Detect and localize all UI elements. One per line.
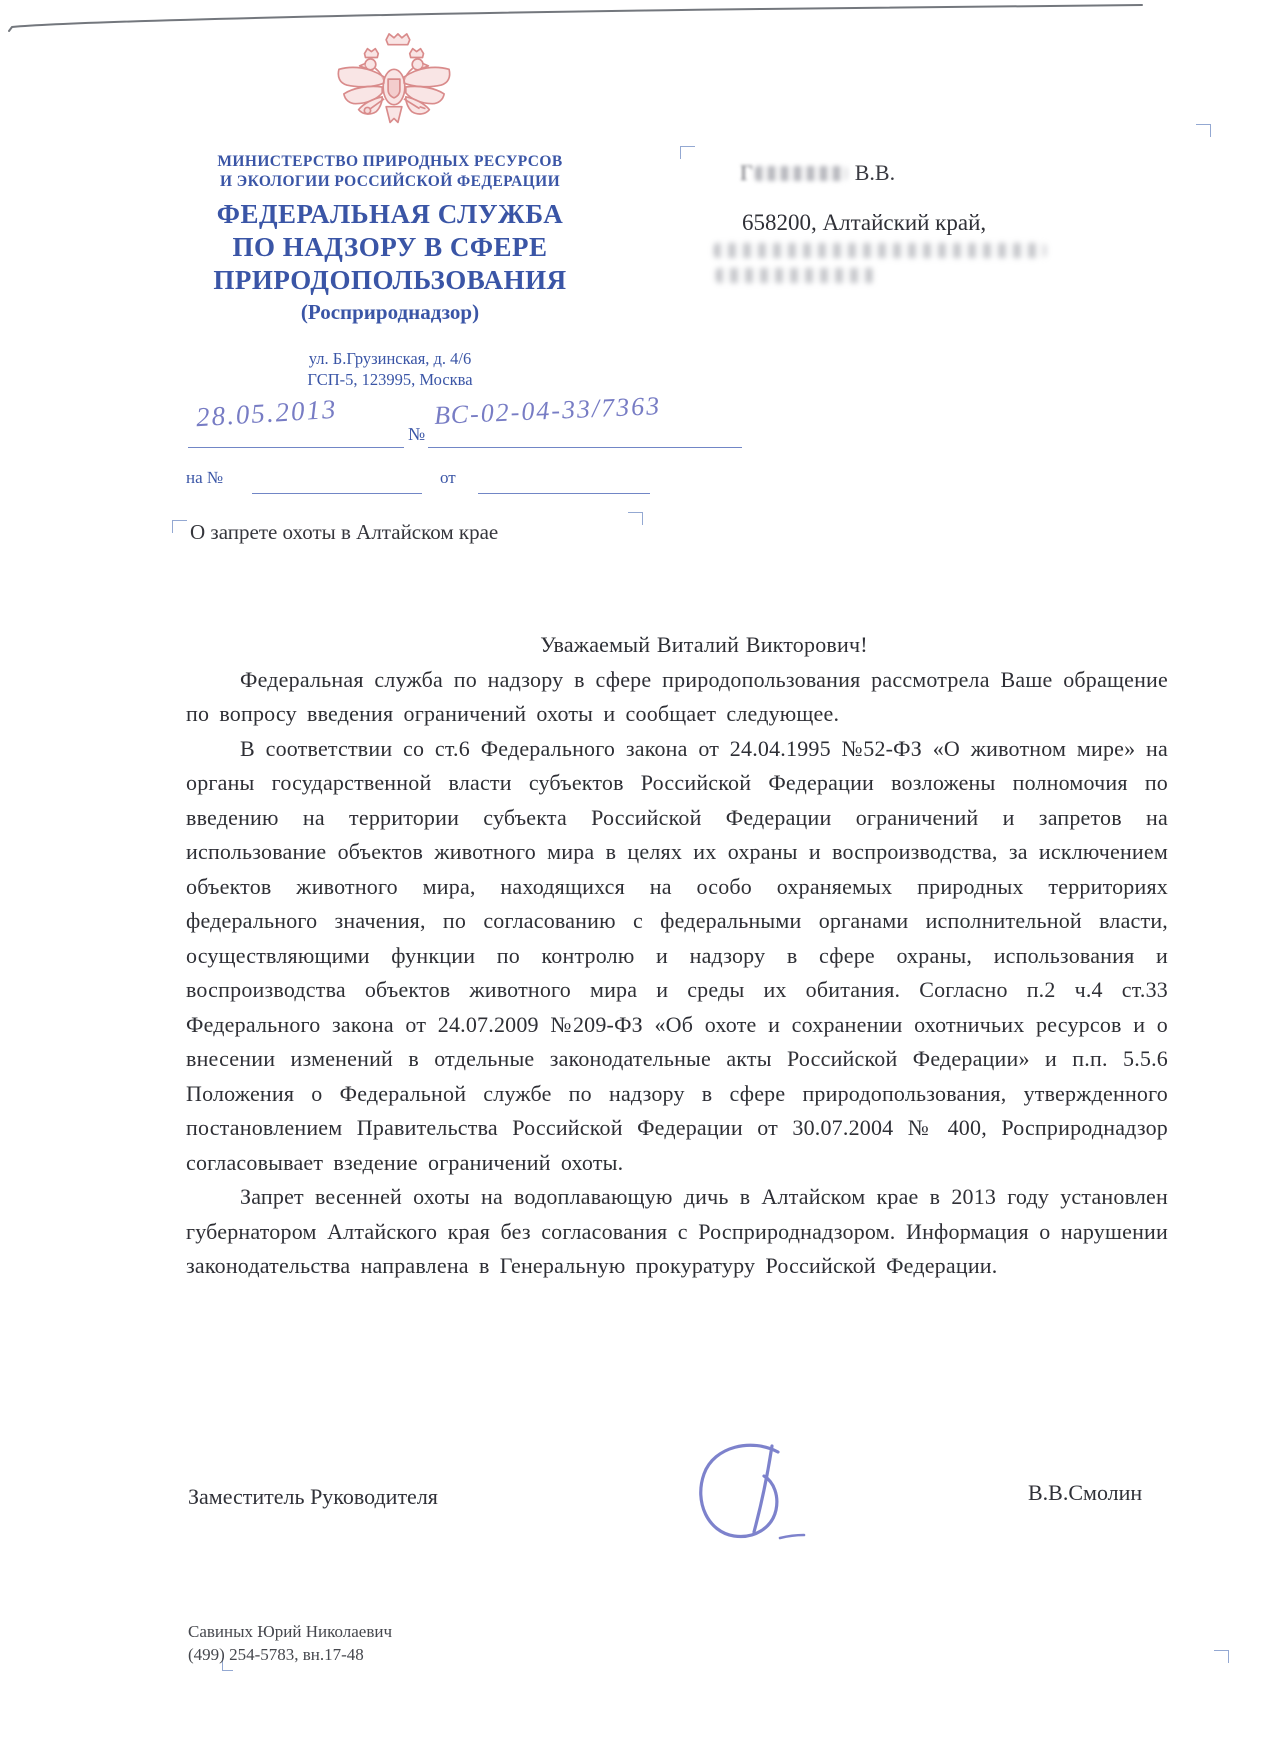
executor-block: Савиных Юрий Николаевич (499) 254-5783, … xyxy=(188,1620,392,1666)
redacted-address-smudge xyxy=(716,268,874,283)
reply-number-underline xyxy=(252,492,422,494)
paragraph-3: Запрет весенней охоты на водоплавающую д… xyxy=(186,1180,1168,1284)
org-address-line-2: ГСП-5, 123995, Москва xyxy=(140,369,640,390)
handwritten-date: 28.05.2013 xyxy=(195,394,338,434)
handwritten-signature xyxy=(690,1436,822,1554)
recipient-corner-mark xyxy=(680,146,695,159)
date-underline xyxy=(188,446,404,448)
number-underline xyxy=(428,446,742,448)
paragraph-1: Федеральная служба по надзору в сфере пр… xyxy=(186,663,1168,732)
reply-date-underline xyxy=(478,492,650,494)
subject-right-corner-mark xyxy=(628,512,643,525)
coat-of-arms-icon xyxy=(323,28,465,146)
paragraph-2: В соответствии со ст.6 Федерального зако… xyxy=(186,732,1168,1181)
recipient-initials: В.В. xyxy=(855,160,895,185)
ministry-name: МИНИСТЕРСТВО ПРИРОДНЫХ РЕСУРСОВ И ЭКОЛОГ… xyxy=(150,152,630,192)
ministry-line-2: И ЭКОЛОГИИ РОССИЙСКОЙ ФЕДЕРАЦИИ xyxy=(150,172,630,192)
recipient-address-line: 658200, Алтайский край, xyxy=(742,210,986,236)
handwritten-number: ВС-02-04-33/7363 xyxy=(433,391,661,431)
top-right-corner-mark xyxy=(1196,124,1211,137)
subject-line: О запрете охоты в Алтайском крае xyxy=(190,520,498,545)
service-line-2: ПО НАДЗОРУ В СФЕРЕ xyxy=(140,231,640,264)
salutation: Уважаемый Виталий Викторович! xyxy=(186,628,1168,663)
redacted-address-smudge xyxy=(714,243,1046,258)
service-name: ФЕДЕРАЛЬНАЯ СЛУЖБА ПО НАДЗОРУ В СФЕРЕ ПР… xyxy=(140,198,640,297)
signer-position: Заместитель Руководителя xyxy=(188,1484,438,1510)
reply-from-label: от xyxy=(440,468,456,488)
subject-left-corner-mark xyxy=(172,520,187,533)
org-address-line-1: ул. Б.Грузинская, д. 4/6 xyxy=(140,348,640,369)
service-line-1: ФЕДЕРАЛЬНАЯ СЛУЖБА xyxy=(140,198,640,231)
executor-name: Савиных Юрий Николаевич xyxy=(188,1620,392,1643)
recipient-name-line: ГВ.В. xyxy=(740,160,895,186)
service-line-3: ПРИРОДОПОЛЬЗОВАНИЯ xyxy=(140,264,640,297)
number-label: № xyxy=(408,424,425,445)
reply-to-label: на № xyxy=(186,468,223,488)
organization-address: ул. Б.Грузинская, д. 4/6 ГСП-5, 123995, … xyxy=(140,348,640,390)
signer-name: В.В.Смолин xyxy=(1028,1480,1142,1506)
scanned-letter-page: МИНИСТЕРСТВО ПРИРОДНЫХ РЕСУРСОВ И ЭКОЛОГ… xyxy=(0,0,1264,1747)
recipient-name-erased-letter: Г xyxy=(740,160,753,185)
scan-artifact-line xyxy=(0,0,1264,34)
redacted-name-smudge xyxy=(755,166,847,181)
letter-body: Уважаемый Виталий Викторович! Федеральна… xyxy=(186,628,1168,1284)
ministry-line-1: МИНИСТЕРСТВО ПРИРОДНЫХ РЕСУРСОВ xyxy=(150,152,630,172)
executor-phone: (499) 254-5783, вн.17-48 xyxy=(188,1643,392,1666)
service-short-name: (Росприроднадзор) xyxy=(140,300,640,325)
bottom-right-corner-mark xyxy=(1214,1650,1229,1663)
